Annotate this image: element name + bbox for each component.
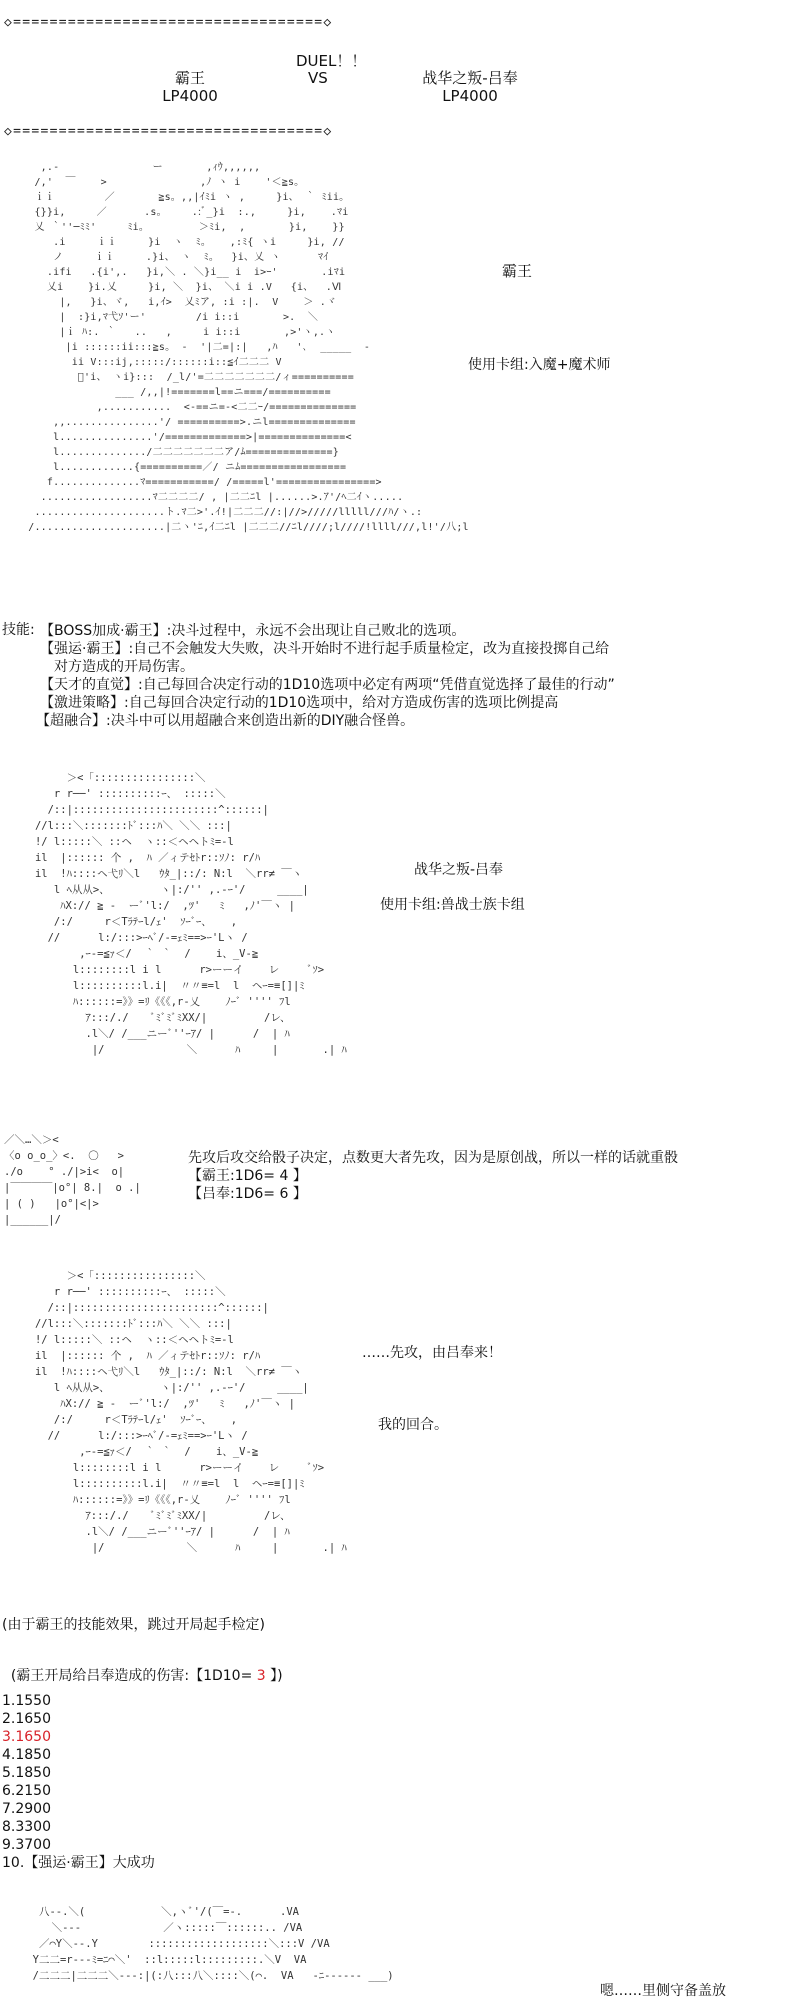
damage-option: 6.2150	[2, 1782, 155, 1800]
damage-option: 4.1850	[2, 1746, 155, 1764]
ascii-art-line: ,.- ー ,ｨｳ,,,,,,	[22, 160, 469, 175]
lubu-line-turn: 我的回合。	[378, 1417, 448, 1434]
left-player-name: 霸王	[140, 70, 240, 87]
damage-option: 1.1550	[2, 1692, 155, 1710]
ascii-art-line: | :}i,ﾏ弋ｿ'ー' /i i::i >. ＼	[22, 310, 469, 325]
ascii-art-line: ﾊX:// ≧ - ーﾞ'l:/ ,ﾂ' ﾐ ,ﾉ'￣ヽ |	[16, 1396, 347, 1412]
damage-prefix: (霸王开局给吕奉造成的伤害:【1D10=	[11, 1668, 257, 1684]
ascii-art-line: l............{==========／/ ニﾑ===========…	[22, 460, 469, 475]
ascii-art-line: ,........... <-==ニ=-<二二ｰ/==============	[22, 400, 469, 415]
ascii-art-line: ｉｉ ／ ≧s。,,|ｲﾐi ヽ , }i、 ｀ ﾐii。	[22, 190, 469, 205]
ascii-art-line: il !ﾊ::::ヘ弋ﾘ＼l ｳﾀ_|::/: N:l ＼rr≠ ￣ヽ	[16, 1364, 347, 1380]
ascii-art-line: l ﾍ从从>、 ヽ|:/'' ,.-ｰ'/ ____|	[16, 882, 347, 898]
ascii-art-line: l::::::::l i l r>ーーイ レ ﾞｿ>	[16, 1460, 347, 1476]
ascii-art-line: .....................ト.ﾏ二>'.ｲ!|二二二//:|//…	[22, 505, 469, 520]
ascii-art-line: ﾞ'i、 ヽi}::: /_l/'=二二二二二二二/ィ==========	[22, 370, 469, 385]
left-player-lp: LP4000	[140, 88, 240, 105]
ascii-art-line: // l:/:::>ｰﾍﾞ/-=ｪﾐ==>ｰ'Lヽ /	[16, 1428, 347, 1444]
ascii-art-line: .l＼/ /___ニーﾞ''ｰｱ/ | / | ﾊ	[16, 1524, 347, 1540]
ascii-art-line: l::::::::l i l r>ーーイ レ ﾞｿ>	[16, 962, 347, 978]
ascii-art-line: |______|/	[4, 1212, 141, 1228]
ascii-art-line: | ( ) |o°|<|>	[4, 1196, 141, 1212]
ascii-art-line: f..............ﾏ===========/ /=====l'===…	[22, 475, 469, 490]
bottom-line: 嗯……里侧守备盖放	[600, 1983, 726, 2000]
ascii-art-line: {}}i, ／ .s。 .:ﾞ_}i :., }i, .ﾏi	[22, 205, 469, 220]
ascii-art-line: l...............'/=============>|=======…	[22, 430, 469, 445]
ascii-art-line: 〈o o_o_〉<. 〇 >	[4, 1148, 141, 1164]
initiative-roll-bawang: 【霸王:1D6= 4 】	[188, 1168, 307, 1185]
damage-option: 5.1850	[2, 1764, 155, 1782]
damage-option: 2.1650	[2, 1710, 155, 1728]
ascii-art-line: //l:::＼:::::::ﾄﾞ:::ﾊ＼ ＼＼ :::|	[16, 1316, 347, 1332]
ascii-art-line: |i ::::::ii:::≧s。 - '|二=|:| ,ﾊ '､ _____ …	[22, 340, 469, 355]
ascii-art-line: /::|:::::::::::::::::::::::^::::::|	[16, 1300, 347, 1316]
ascii-art-line: l::::::::::l.i| 〃〃≡=l l ヘｰ=≡[]|ﾐ	[16, 978, 347, 994]
ascii-art-line: il !ﾊ::::ヘ弋ﾘ＼l ｳﾀ_|::/: N:l ＼rr≠ ￣ヽ	[16, 866, 347, 882]
ascii-art-line: ／＼…＼＞<	[4, 1132, 141, 1148]
lubu-ascii-art: ＞<「::::::::::::::::＼ r r──' ::::::::::ｰ、…	[16, 770, 347, 1058]
ascii-art-line: ｱ:::/./ ﾞﾐﾞﾐﾞﾐXX/| /レ、	[16, 1508, 347, 1524]
ascii-art-line: ./o ° ./|>i< o|	[4, 1164, 141, 1180]
player1-name: 霸王	[502, 263, 532, 280]
player1-deck: 使用卡组:入魔+魔术师	[468, 357, 610, 374]
ascii-art-line: ,ｰ-=≦ｧ＜/ ｀ ｀ / i、_V-≧	[16, 1444, 347, 1460]
damage-value: 3	[257, 1668, 266, 1684]
right-player-lp: LP4000	[400, 88, 540, 105]
ascii-art-line: Y二二=r---ﾐ=ﾆ⌒＼' ::l:::::l:::::::::.＼V VA	[20, 1952, 394, 1968]
ascii-art-line: !/ l:::::＼ ::ヘ ヽ::＜ヘヘトﾐ=-l	[16, 834, 347, 850]
damage-note: (霸王开局给吕奉造成的伤害:【1D10= 3 】)	[2, 1651, 283, 1685]
damage-option: 10.【强运·霸王】大成功	[2, 1854, 155, 1872]
skill-item: 【激进策略】:自己每回合决定行动的1D10选项中，给对方造成伤害的选项比例提高	[40, 694, 615, 712]
damage-option: 7.2900	[2, 1800, 155, 1818]
ascii-art-line: !/ l:::::＼ ::ヘ ヽ::＜ヘヘトﾐ=-l	[16, 1332, 347, 1348]
right-player-name: 战华之叛-吕奉	[400, 70, 540, 87]
ascii-art-line: //l:::＼:::::::ﾄﾞ:::ﾊ＼ ＼＼ :::|	[16, 818, 347, 834]
ascii-art-line: |/ ＼ ﾊ | .| ﾊ	[16, 1042, 347, 1058]
skill-item: 【强运·霸王】:自己不会触发大失败，决斗开始时不进行起手质量检定，改为直接投掷自…	[40, 640, 615, 658]
ascii-art-line: r r──' ::::::::::ｰ、 :::::＼	[16, 1284, 347, 1300]
lubu-line-first: ……先攻，由吕奉来！	[362, 1345, 502, 1362]
ascii-art-line: ﾊ::::::=》》=ﾘ《《《,r-乂 ﾉｰﾞ '''' ﾌl	[16, 1492, 347, 1508]
ascii-art-line: 八--.＼( ＼,ヽﾞ'/(￣=-. .VA	[20, 1904, 394, 1920]
ascii-art-line: ｱ:::/./ ﾞﾐﾞﾐﾞﾐXX/| /レ、	[16, 1010, 347, 1026]
ascii-art-line: il |:::::: 个 , ﾊ ／ィテｾﾄr::ｿﾉ: r/ﾊ	[16, 1348, 347, 1364]
ascii-art-line: ＞<「::::::::::::::::＼	[16, 1268, 347, 1284]
player2-name: 战华之叛-吕奉	[414, 862, 503, 879]
monster-ascii-art: 八--.＼( ＼,ヽﾞ'/(￣=-. .VA ＼--- ／ヽ:::::￣::::…	[20, 1904, 394, 1984]
ascii-art-line: .ifi .{i',. }i,＼ . ＼}i__ i i>ｰ' .iﾏi	[22, 265, 469, 280]
ascii-art-line: ノ ｉｉ .}i、 ヽ ﾐ。 }i、乂 ヽ ﾏｲ	[22, 250, 469, 265]
initiative-text: 先攻后攻交给骰子决定，点数更大者先攻，因为是原创战，所以一样的话就重骰	[188, 1150, 678, 1167]
lubu-ascii-art-2: ＞<「::::::::::::::::＼ r r──' ::::::::::ｰ、…	[16, 1268, 347, 1556]
ascii-art-line: l ﾍ从从>、 ヽ|:/'' ,.-ｰ'/ ____|	[16, 1380, 347, 1396]
ascii-art-line: ..................ﾏ二二二二/ , |二二ﾆl |......…	[22, 490, 469, 505]
ascii-art-line: ／⌒Y＼--.Y :::::::::::::::::::＼:::V /VA	[20, 1936, 394, 1952]
skill-item: 对方造成的开局伤害。	[40, 658, 615, 676]
ascii-art-line: /:/ r＜Tﾗﾃｰl/ｪ' ｿｰﾞｰ、 ,	[16, 1412, 347, 1428]
ascii-art-line: .i ｉｉ }i ヽ ﾐ。 ,:ﾐ{ ヽi }i, //	[22, 235, 469, 250]
damage-suffix: 】)	[266, 1668, 283, 1684]
bawang-ascii-art: ,.- ー ,ｨｳ,,,,,, /,' ￣ > ,ﾉ ヽ i '＜≧s。 ｉｉ …	[22, 160, 469, 535]
ascii-art-line: |ｉ ﾊ:. ｀ .. , i i::i ,>'ヽ,.ヽ	[22, 325, 469, 340]
ascii-art-line: l............../二二二二二二二ア/ﾑ==============…	[22, 445, 469, 460]
initiative-roll-lubu: 【吕奉:1D6= 6 】	[188, 1186, 307, 1203]
skill-item: 【超融合】:决斗中可以用超融合来创造出新的DIY融合怪兽。	[36, 712, 615, 730]
duel-title: DUEL！！	[296, 53, 366, 70]
ascii-art-line: // l:/:::>ｰﾍﾞ/-=ｪﾐ==>ｰ'Lヽ /	[16, 930, 347, 946]
ascii-art-line: .l＼/ /___ニーﾞ''ｰｱ/ | / | ﾊ	[16, 1026, 347, 1042]
skills-list: 【BOSS加成·霸王】:决斗过程中，永远不会出现让自己败北的选项。【强运·霸王】…	[40, 622, 615, 730]
ascii-art-line: 乂 ｀''─ﾐﾐ' ﾐi。 ＞ﾐi, , }i, }}	[22, 220, 469, 235]
ascii-art-line: ﾊ::::::=》》=ﾘ《《《,r-乂 ﾉｰﾞ '''' ﾌl	[16, 994, 347, 1010]
damage-option: 3.1650	[2, 1728, 155, 1746]
skip-note: (由于霸王的技能效果，跳过开局起手检定)	[2, 1617, 265, 1634]
ascii-art-line: /:/ r＜Tﾗﾃｰl/ｪ' ｿｰﾞｰ、 ,	[16, 914, 347, 930]
ascii-art-line: /.....................|二ヽ'ﾆ,ｲ二ﾆl |二二二//ﾆ…	[22, 520, 469, 535]
ascii-art-line: |/ ＼ ﾊ | .| ﾊ	[16, 1540, 347, 1556]
separator-bottom: ◇==================================◇	[4, 123, 333, 140]
ascii-art-line: r r──' ::::::::::ｰ、 :::::＼	[16, 786, 347, 802]
ascii-art-line: /二二二|二二二＼---:|(:八:::八＼::::＼(⌒. VA -ﾆ----…	[20, 1968, 394, 1984]
ascii-art-line: /::|:::::::::::::::::::::::^::::::|	[16, 802, 347, 818]
ascii-art-line: 乂i }i.乂 }i, ＼ }i、 ＼i i .V {i、 .Ⅵ	[22, 280, 469, 295]
damage-options-list: 1.15502.16503.16504.18505.18506.21507.29…	[2, 1692, 155, 1872]
damage-option: 9.3700	[2, 1836, 155, 1854]
ascii-art-line: ,,...............'/ ==========>.ニl======…	[22, 415, 469, 430]
ascii-art-line: |, }i、ヾ, i,ｲ> 乂ﾐア, :i :|. V ＞ .ヾ	[22, 295, 469, 310]
ascii-art-line: l::::::::::l.i| 〃〃≡=l l ヘｰ=≡[]|ﾐ	[16, 1476, 347, 1492]
skill-item: 【天才的直觉】:自己每回合决定行动的1D10选项中必定有两项“凭借直觉选择了最佳…	[40, 676, 615, 694]
player2-deck: 使用卡组:兽战士族卡组	[380, 897, 525, 914]
vs-label: VS	[308, 70, 328, 87]
ascii-art-line: ＼--- ／ヽ:::::￣::::::.. /VA	[20, 1920, 394, 1936]
ascii-art-line: ii V:::ij,:::::/::::::i::≦ｲ二二二 V	[22, 355, 469, 370]
ascii-art-line: il |:::::: 个 , ﾊ ／ィテｾﾄr::ｿﾉ: r/ﾊ	[16, 850, 347, 866]
ascii-art-line: ﾊX:// ≧ - ーﾞ'l:/ ,ﾂ' ﾐ ,ﾉ'￣ヽ |	[16, 898, 347, 914]
damage-option: 8.3300	[2, 1818, 155, 1836]
skill-item: 【BOSS加成·霸王】:决斗过程中，永远不会出现让自己败北的选项。	[40, 622, 615, 640]
dice-ascii-art: ／＼…＼＞<〈o o_o_〉<. 〇 >./o ° ./|>i< o||￣￣￣￣…	[4, 1132, 141, 1228]
ascii-art-line: |￣￣￣￣|o°| 8.| o .|	[4, 1180, 141, 1196]
separator-top: ◇==================================◇	[4, 14, 333, 31]
ascii-art-line: ,ｰ-=≦ｧ＜/ ｀ ｀ / i、_V-≧	[16, 946, 347, 962]
ascii-art-line: /,' ￣ > ,ﾉ ヽ i '＜≧s。	[22, 175, 469, 190]
skills-label: 技能:	[2, 622, 35, 639]
ascii-art-line: ___ /,,|!=======l==ニ===/==========	[22, 385, 469, 400]
ascii-art-line: ＞<「::::::::::::::::＼	[16, 770, 347, 786]
